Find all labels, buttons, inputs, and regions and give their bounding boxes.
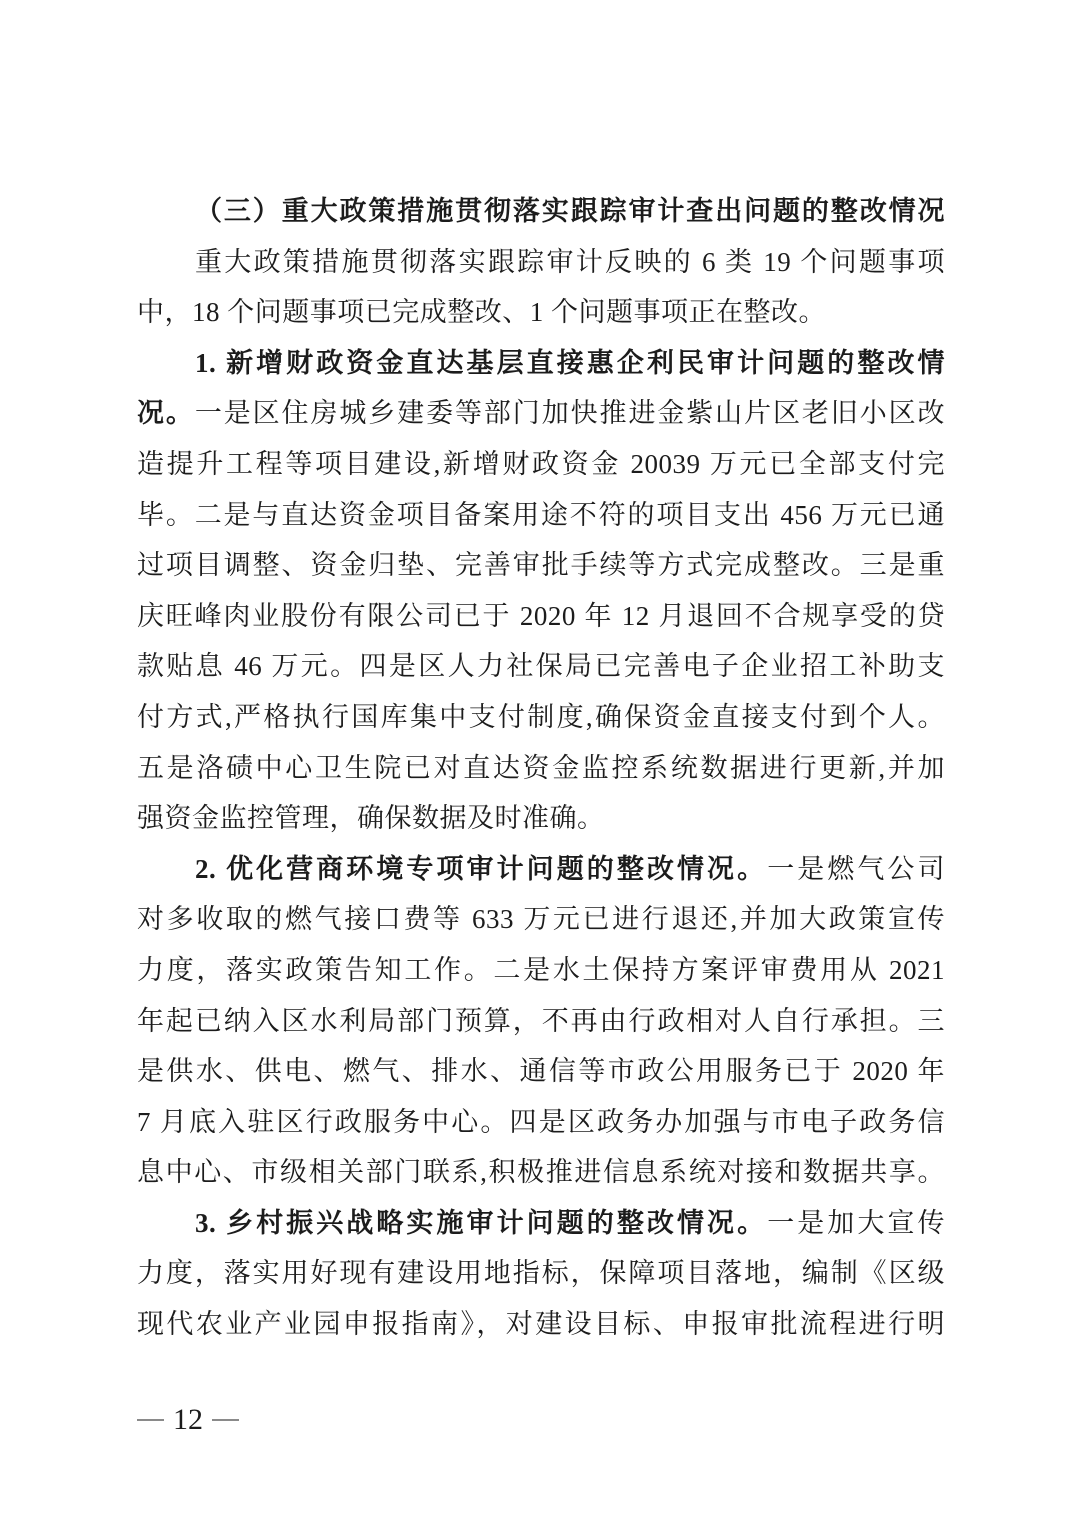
page-number: 12: [173, 1402, 203, 1438]
body-text-segment: 一是加大宣传: [767, 1208, 945, 1238]
text-line: 庆旺峰肉业股份有限公司已于 2020 年 12 月退回不合规享受的贷: [137, 591, 945, 642]
text-line: 况。一是区住房城乡建委等部门加快推进金紫山片区老旧小区改: [137, 388, 945, 439]
text-line: 款贴息 46 万元。四是区人力社保局已完善电子企业招工补助支: [137, 641, 945, 692]
text-line: 力度，落实政策告知工作。二是水土保持方案评审费用从 2021: [137, 945, 945, 996]
body-text-segment: 力度，落实政策告知工作。二是水土保持方案评审费用从 2021: [137, 955, 945, 985]
body-text-segment: 造提升工程等项目建设,新增财政资金 20039 万元已全部支付完: [137, 449, 945, 479]
text-line: 息中心、市级相关部门联系,积极推进信息系统对接和数据共享。: [137, 1147, 945, 1198]
body-text-segment: 一是区住房城乡建委等部门加快推进金紫山片区老旧小区改: [195, 398, 945, 428]
body-text-segment: 强资金监控管理，确保数据及时准确。: [137, 803, 605, 833]
body-text-segment: 力度，落实用好现有建设用地指标，保障项目落地，编制《区级: [137, 1258, 945, 1288]
text-line: 2. 优化营商环境专项审计问题的整改情况。一是燃气公司: [137, 844, 945, 895]
body-text-segment: 7 月底入驻区行政服务中心。四是区政务办加强与市电子政务信: [137, 1107, 945, 1137]
body-text-segment: 重大政策措施贯彻落实跟踪审计反映的 6 类 19 个问题事项: [195, 247, 945, 277]
body-text-segment: 年起已纳入区水利局部门预算，不再由行政相对人自行承担。三: [137, 1006, 945, 1036]
text-line: 1. 新增财政资金直达基层直接惠企利民审计问题的整改情: [137, 338, 945, 389]
text-line: 毕。二是与直达资金项目备案用途不符的项目支出 456 万元已通: [137, 490, 945, 541]
text-line: 现代农业产业园申报指南》，对建设目标、申报审批流程进行明: [137, 1299, 945, 1350]
text-line: 过项目调整、资金归垫、完善审批手续等方式完成整改。三是重: [137, 540, 945, 591]
document-page: （三）重大政策措施贯彻落实跟踪审计查出问题的整改情况重大政策措施贯彻落实跟踪审计…: [0, 0, 1074, 1520]
body-text-segment: 款贴息 46 万元。四是区人力社保局已完善电子企业招工补助支: [137, 651, 945, 681]
text-line: 中，18 个问题事项已完成整改、1 个问题事项正在整改。: [137, 287, 945, 338]
text-line: 重大政策措施贯彻落实跟踪审计反映的 6 类 19 个问题事项: [137, 237, 945, 288]
text-line: 强资金监控管理，确保数据及时准确。: [137, 793, 945, 844]
bold-text-segment: 1. 新增财政资金直达基层直接惠企利民审计问题的整改情: [195, 348, 945, 378]
body-text-segment: 息中心、市级相关部门联系,积极推进信息系统对接和数据共享。: [137, 1157, 945, 1187]
text-line: 力度，落实用好现有建设用地指标，保障项目落地，编制《区级: [137, 1248, 945, 1299]
text-line: 3. 乡村振兴战略实施审计问题的整改情况。一是加大宣传: [137, 1198, 945, 1249]
body-text-segment: 中，18 个问题事项已完成整改、1 个问题事项正在整改。: [137, 297, 826, 327]
body-text-segment: 五是洛碛中心卫生院已对直达资金监控系统数据进行更新,并加: [137, 753, 945, 783]
body-text-segment: 庆旺峰肉业股份有限公司已于 2020 年 12 月退回不合规享受的贷: [137, 601, 945, 631]
body-text-segment: 是供水、供电、燃气、排水、通信等市政公用服务已于 2020 年: [137, 1056, 945, 1086]
text-line: 是供水、供电、燃气、排水、通信等市政公用服务已于 2020 年: [137, 1046, 945, 1097]
text-line: 造提升工程等项目建设,新增财政资金 20039 万元已全部支付完: [137, 439, 945, 490]
bold-text-segment: 2. 优化营商环境专项审计问题的整改情况。: [195, 854, 767, 884]
body-text-segment: 付方式,严格执行国库集中支付制度,确保资金直接支付到个人。: [137, 702, 945, 732]
text-line: 对多收取的燃气接口费等 633 万元已进行退还,并加大政策宣传: [137, 894, 945, 945]
page-footer: 12: [137, 1402, 239, 1438]
bold-text-segment: 况。: [137, 398, 195, 428]
footer-dash-right: [212, 1419, 239, 1422]
text-line: 付方式,严格执行国库集中支付制度,确保资金直接支付到个人。: [137, 692, 945, 743]
footer-dash-left: [137, 1419, 164, 1422]
body-text-segment: 过项目调整、资金归垫、完善审批手续等方式完成整改。三是重: [137, 550, 945, 580]
text-line: 7 月底入驻区行政服务中心。四是区政务办加强与市电子政务信: [137, 1097, 945, 1148]
body-text-segment: 对多收取的燃气接口费等 633 万元已进行退还,并加大政策宣传: [137, 904, 945, 934]
text-block: （三）重大政策措施贯彻落实跟踪审计查出问题的整改情况重大政策措施贯彻落实跟踪审计…: [137, 186, 945, 1350]
text-line: （三）重大政策措施贯彻落实跟踪审计查出问题的整改情况: [137, 186, 945, 237]
body-text-segment: 毕。二是与直达资金项目备案用途不符的项目支出 456 万元已通: [137, 500, 945, 530]
bold-text-segment: 3. 乡村振兴战略实施审计问题的整改情况。: [195, 1208, 767, 1238]
text-line: 五是洛碛中心卫生院已对直达资金监控系统数据进行更新,并加: [137, 743, 945, 794]
body-text-segment: 现代农业产业园申报指南》，对建设目标、申报审批流程进行明: [137, 1309, 945, 1339]
text-line: 年起已纳入区水利局部门预算，不再由行政相对人自行承担。三: [137, 996, 945, 1047]
body-text-segment: 一是燃气公司: [767, 854, 945, 884]
bold-text-segment: （三）重大政策措施贯彻落实跟踪审计查出问题的整改情况: [195, 196, 945, 226]
